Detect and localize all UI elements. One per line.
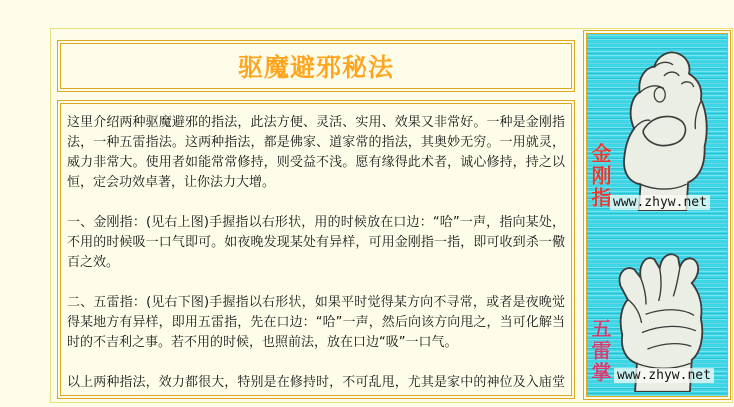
article-box: 这里介绍两种驱魔避邪的指法，此法方便、灵活、实用、效果又非常好。一种是金刚指法，… — [57, 100, 575, 399]
fist-figure-bottom: 五雷掌 www.zhyw.net — [587, 215, 727, 396]
watermark-text-bottom: www.zhyw.net — [614, 368, 714, 383]
page-background: { "colors": { "page_background": "#fdfde… — [0, 0, 734, 407]
vajra-fist-illustration — [593, 38, 721, 212]
main-frame: 驱魔避邪秘法 这里介绍两种驱魔避邪的指法，此法方便、灵活、实用、效果又非常好。一… — [50, 28, 733, 403]
title-box: 驱魔避邪秘法 — [57, 40, 575, 92]
watermark-text-top: www.zhyw.net — [610, 195, 710, 210]
five-thunder-fist-illustration — [593, 219, 721, 393]
paragraph-intro: 这里介绍两种驱魔避邪的指法，此法方便、灵活、实用、效果又非常好。一种是金刚指法，… — [67, 113, 565, 193]
figure-panel: 金刚指 www.zhyw.net 五雷掌 www.zhyw.net — [583, 30, 731, 400]
page-title: 驱魔避邪秘法 — [61, 44, 571, 88]
paragraph-warning: 以上两种指法，效力都很大，特别是在修持时，不可乱甩，尤其是家中的神位及入庙堂之时… — [67, 373, 565, 396]
five-thunder-palm-label: 五雷掌 — [590, 318, 610, 384]
fist-figure-top: 金刚指 www.zhyw.net — [587, 34, 727, 215]
paragraph-five-thunder-finger: 二、五雷指：(见右下图)手握指以右形状，如果平时觉得某方向不寻常，或者是夜晚觉得… — [67, 293, 565, 353]
paragraph-vajra-finger: 一、金刚指：(见右上图)手握指以右形状，用的时候放在口边：“哈”一声，指向某处，… — [67, 213, 565, 273]
vajra-finger-label: 金刚指 — [590, 143, 610, 209]
